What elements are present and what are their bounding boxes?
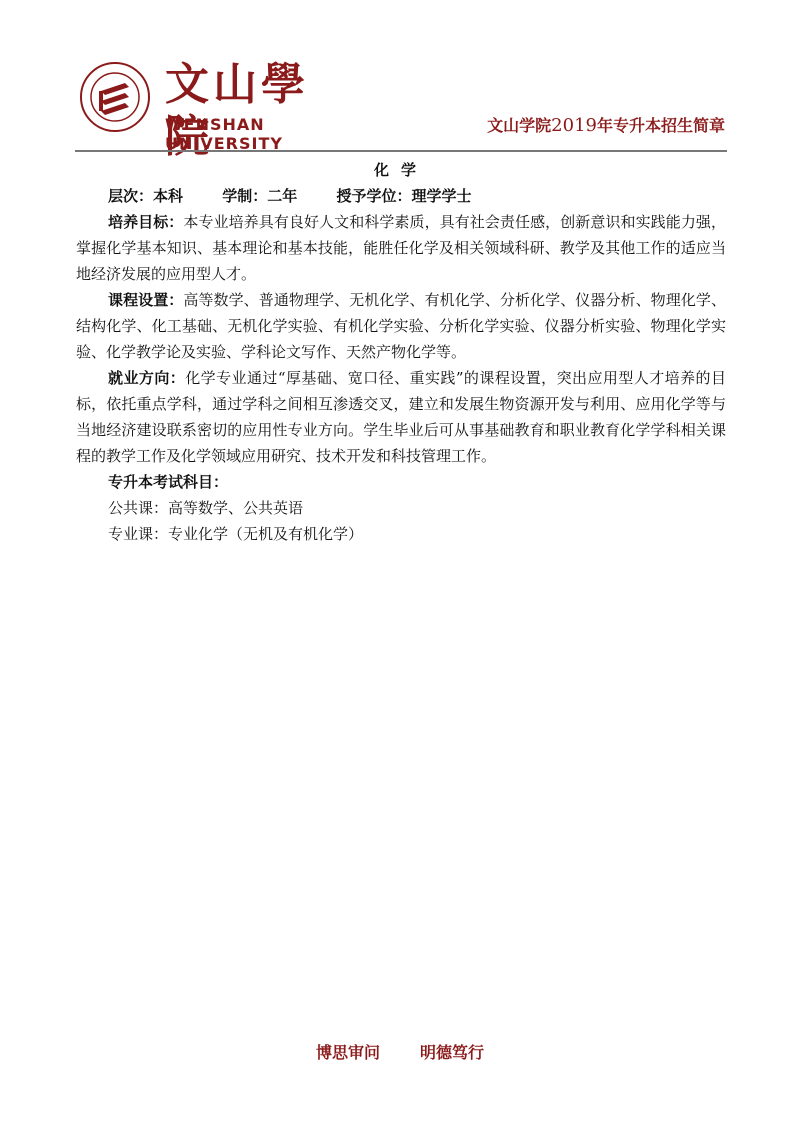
meta-degree: 授予学位：理学学士 — [337, 187, 472, 205]
university-logo: 文山學院 WENSHAN UNIVERSITY — [75, 55, 355, 145]
header-divider — [75, 150, 727, 152]
section-heading: 培养目标： — [108, 213, 183, 231]
section-training-goal: 培养目标：本专业培养具有良好人文和科学素质，具有社会责任感，创新意识和实践能力强… — [76, 209, 726, 287]
page-footer-motto: 博思审问明德笃行 — [0, 1040, 800, 1063]
university-seal-icon — [79, 61, 151, 133]
brochure-prefix: 文山学院 — [487, 116, 551, 135]
logo-english-name: WENSHAN UNIVERSITY — [165, 115, 355, 153]
section-career: 就业方向：化学专业通过“厚基础、宽口径、重实践”的课程设置，突出应用型人才培养的… — [76, 365, 726, 469]
brochure-year: 2019 — [551, 115, 597, 136]
meta-level: 层次：本科 — [108, 187, 183, 205]
exam-professional: 专业课：专业化学（无机及有机化学） — [76, 521, 726, 547]
major-meta: 层次：本科 学制：二年 授予学位：理学学士 — [76, 183, 726, 209]
section-heading: 课程设置： — [108, 291, 183, 309]
section-heading: 就业方向： — [108, 369, 185, 387]
major-title: 化学 — [76, 157, 726, 183]
exam-public: 公共课：高等数学、公共英语 — [76, 495, 726, 521]
section-curriculum: 课程设置：高等数学、普通物理学、无机化学、有机化学、分析化学、仪器分析、物理化学… — [76, 287, 726, 365]
page-header: 文山學院 WENSHAN UNIVERSITY 文山学院2019年专升本招生简章 — [75, 55, 727, 153]
motto-left: 博思审问 — [316, 1043, 380, 1062]
exam-heading: 专升本考试科目： — [76, 469, 726, 495]
motto-right: 明德笃行 — [420, 1043, 484, 1062]
brochure-title: 文山学院2019年专升本招生简章 — [487, 113, 725, 136]
meta-duration: 学制：二年 — [222, 187, 297, 205]
document-body: 化学 层次：本科 学制：二年 授予学位：理学学士 培养目标：本专业培养具有良好人… — [76, 157, 726, 547]
brochure-suffix: 年专升本招生简章 — [597, 116, 725, 135]
